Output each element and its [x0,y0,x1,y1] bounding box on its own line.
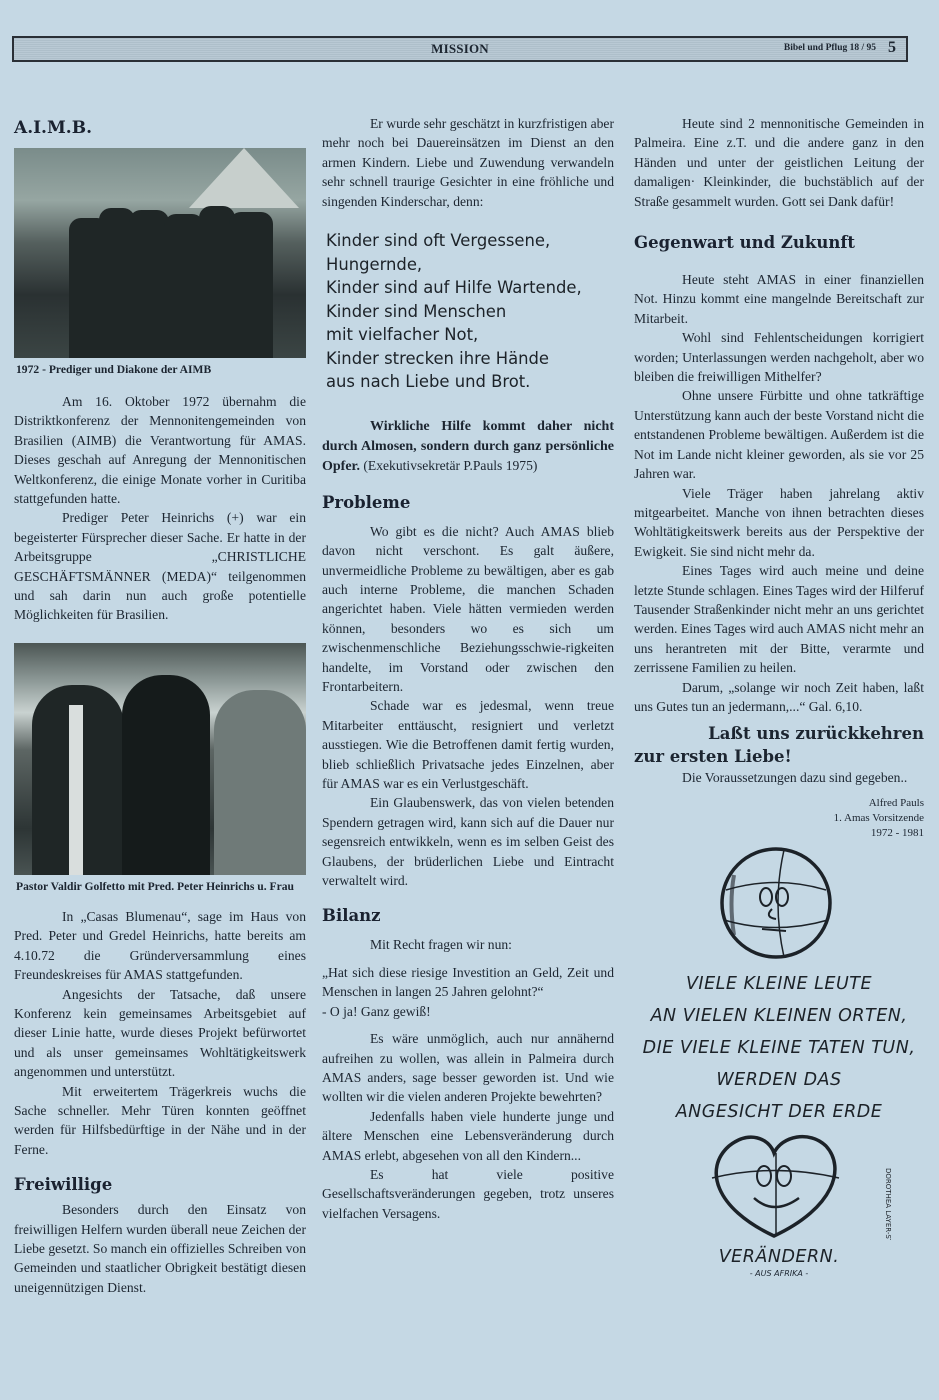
heading-aimb: A.I.M.B. [14,118,306,138]
photo-golfetto-heinrichs [14,643,306,875]
column-3: Heute sind 2 mennonitische Gemeinden in … [634,80,924,1278]
closing-title-line2: zur ersten Liebe! [634,745,924,768]
cartoon-text: VIELE KLEINE LEUTE AN VIELEN KLEINEN ORT… [634,968,924,1128]
poem-line: Hungernde, [326,253,614,277]
photo-group-preachers [14,148,306,358]
poem-line: aus nach Liebe und Brot. [326,370,614,394]
paragraph: Wohl sind Fehlentscheidungen korrigiert … [634,328,924,386]
cartoon: VIELE KLEINE LEUTE AN VIELEN KLEINEN ORT… [634,845,924,1278]
heart-globe-face-icon: DOROTHEA LAYER-STAHL [634,1128,924,1240]
section-title: MISSION [14,41,906,57]
paragraph: - O ja! Ganz gewiß! [322,1002,614,1021]
signature-role: 1. Amas Vorsitzende [634,811,924,826]
artist-signature: DOROTHEA LAYER-STAHL [884,1168,892,1240]
publication-issue: Bibel und Pflug 18 / 95 [784,43,876,53]
paragraph: Es wäre unmöglich, auch nur annähernd au… [322,1029,614,1107]
paragraph: Wo gibt es die nicht? Auch AMAS blieb da… [322,522,614,697]
column-2: Er wurde sehr geschätzt in kurzfristigen… [322,80,614,1223]
photo2-caption: Pastor Valdir Golfetto mit Pred. Peter H… [16,879,306,895]
page-header: MISSION Bibel und Pflug 18 / 95 5 [12,36,908,62]
photo1-caption: 1972 - Prediger und Diakone der AIMB [16,362,306,378]
paragraph: „Hat sich diese riesige Investition an G… [322,963,614,1002]
paragraph: Viele Träger haben jahrelang aktiv mitge… [634,484,924,562]
quote: Wirkliche Hilfe kommt daher nicht durch … [322,416,614,477]
house-shape [189,148,299,208]
paragraph: Heute steht AMAS in einer finanziellen N… [634,270,924,328]
closing-title-line1: Laßt uns zurückkehren [634,722,924,745]
signature-name: Alfred Pauls [634,796,924,811]
cartoon-line: WERDEN DAS [634,1064,924,1096]
paragraph: Prediger Peter Heinrichs (+) war ein beg… [14,508,306,624]
paragraph: Mit erweitertem Trägerkreis wuchs die Sa… [14,1082,306,1160]
page-number: 5 [888,39,896,57]
heading-bilanz: Bilanz [322,906,614,925]
paragraph: Schade war es jedesmal, wenn treue Mitar… [322,696,614,793]
paragraph: Er wurde sehr geschätzt in kurzfristigen… [322,114,614,211]
paragraph: Es hat viele positive Gesellschaftsverän… [322,1165,614,1223]
heading-freiwillige: Freiwillige [14,1175,306,1194]
paragraph: Die Voraussetzungen dazu sind gegeben.. [634,768,924,787]
heading-gegenwart-zukunft: Gegenwart und Zukunft [634,233,924,252]
paragraph: Besonders durch den Einsatz von freiwill… [14,1200,306,1297]
paragraph: Am 16. Oktober 1972 übernahm die Distrik… [14,392,306,508]
paragraph: Eines Tages wird auch meine und deine le… [634,561,924,677]
quote-source: (Exekutivsekretär P.Pauls 1975) [360,458,537,473]
cartoon-line: VIELE KLEINE LEUTE [634,968,924,1000]
paragraph: Angesichts der Tatsache, daß unsere Konf… [14,985,306,1082]
signature-years: 1972 - 1981 [634,826,924,841]
cartoon-source: - AUS AFRIKA - [634,1269,924,1278]
cartoon-last-line: VERÄNDERN. [634,1245,924,1269]
poem-line: mit vielfacher Not, [326,323,614,347]
cartoon-line: DIE VIELE KLEINE TATEN TUN, [634,1032,924,1064]
scarf-shape [69,705,83,875]
poem-line: Kinder sind oft Vergessene, [326,229,614,253]
paragraph: Ein Glaubenswerk, das von vielen betende… [322,793,614,890]
poem-line: Kinder strecken ihre Hände [326,347,614,371]
paragraph: Heute sind 2 mennonitische Gemeinden in … [634,114,924,211]
poem-line: Kinder sind auf Hilfe Wartende, [326,276,614,300]
paragraph: In „Casas Blumenau“, sage im Haus von Pr… [14,907,306,985]
poem: Kinder sind oft Vergessene, Hungernde, K… [326,229,614,394]
globe-face-icon [634,845,924,963]
paragraph: Jedenfalls haben viele hunderte junge un… [322,1107,614,1165]
paragraph: Ohne unsere Fürbitte und ohne tatkräftig… [634,386,924,483]
poem-line: Kinder sind Menschen [326,300,614,324]
paragraph: Darum, „solange wir noch Zeit haben, laß… [634,678,924,717]
cartoon-line: ANGESICHT DER ERDE [634,1096,924,1128]
signature: Alfred Pauls 1. Amas Vorsitzende 1972 - … [634,796,924,841]
paragraph: Mit Recht fragen wir nun: [322,935,614,954]
cartoon-line: AN VIELEN KLEINEN ORTEN, [634,1000,924,1032]
column-1: A.I.M.B. 1972 - Prediger und Diakone der… [14,80,306,1297]
heading-probleme: Probleme [322,493,614,512]
